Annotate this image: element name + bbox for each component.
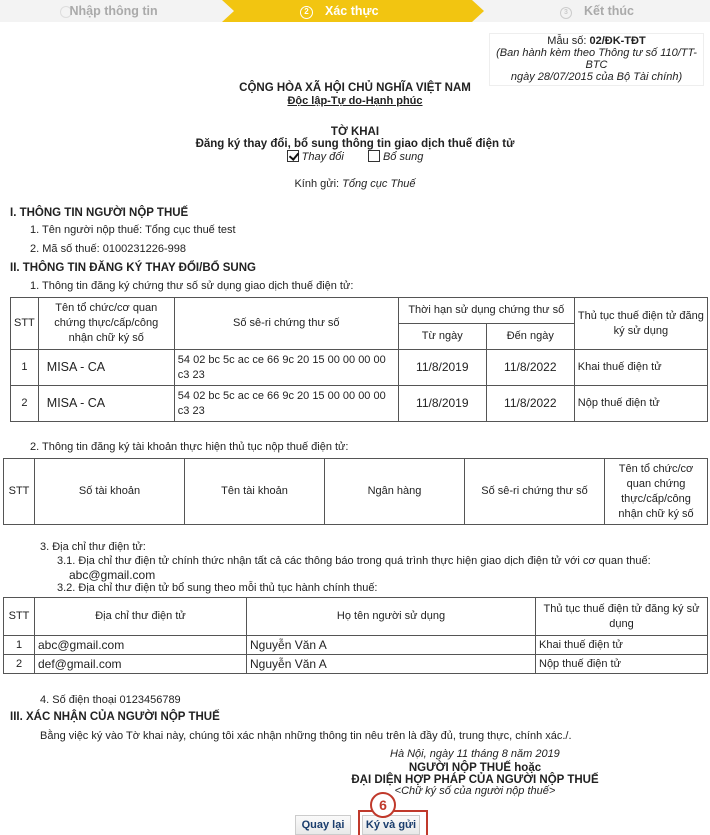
email-31-value: abc@gmail.com [69, 568, 155, 582]
cell-procedure: Khai thuế điện tử [536, 636, 708, 655]
bank-account-table: STT Số tài khoản Tên tài khoản Ngân hàng… [3, 458, 708, 525]
signer-title-1: NGƯỜI NỘP THUẾ hoặc [0, 762, 710, 774]
form-number-label: Mẫu số: [547, 35, 589, 47]
col-stt: STT [4, 598, 35, 636]
cell-email: def@gmail.com [35, 655, 247, 674]
form-number-code: 02/ĐK-TĐT [589, 35, 645, 47]
email-heading: 3. Địa chỉ thư điện tử: [40, 541, 146, 553]
form-subtitle: Đăng ký thay đổi, bổ sung thông tin giao… [0, 138, 710, 150]
country-heading: CỘNG HÒA XÃ HỘI CHỦ NGHĨA VIỆT NAM [0, 82, 710, 94]
certificate-table: STT Tên tổ chức/cơ quan chứng thực/cấp/c… [10, 297, 708, 422]
email-table: STT Địa chỉ thư điện tử Họ tên người sử … [3, 597, 708, 674]
cell-serial: 54 02 bc 5c ac ce 66 9c 20 15 00 00 00 0… [174, 386, 398, 422]
motto: Độc lập-Tự do-Hạnh phúc [0, 95, 710, 107]
email-32-label: 3.2. Địa chỉ thư điện tử bổ sung theo mỗ… [57, 582, 378, 594]
cell-to: 11/8/2022 [486, 386, 574, 422]
col-account-name: Tên tài khoản [185, 459, 325, 525]
cell-user-name: Nguyễn Văn A [247, 636, 536, 655]
step-2-number-icon: 2 [300, 6, 313, 19]
email-31-label: 3.1. Địa chỉ thư điện tử chính thức nhận… [57, 555, 651, 567]
col-from: Từ ngày [398, 324, 486, 350]
cell-stt: 1 [11, 350, 39, 386]
step-3: 3Kết thúc [560, 0, 634, 22]
section-2-title: II. THÔNG TIN ĐĂNG KÝ THAY ĐỔI/BỔ SUNG [10, 262, 256, 274]
cell-from: 11/8/2019 [398, 350, 486, 386]
confirmation-statement: Bằng việc ký vào Tờ khai này, chúng tôi … [40, 730, 572, 742]
signature-hint: <Chữ ký số của người nộp thuế> [0, 785, 710, 797]
account-heading: 2. Thông tin đăng ký tài khoản thực hiện… [30, 441, 348, 453]
tax-code: 2. Mã số thuế: 0100231226-998 [30, 243, 186, 255]
step-2-active: 2Xác thực [222, 0, 484, 22]
sign-date: Hà Nội, ngày 11 tháng 8 năm 2019 [390, 748, 560, 760]
cell-org: MISA - CA [38, 386, 174, 422]
col-email: Địa chỉ thư điện tử [35, 598, 247, 636]
cell-from: 11/8/2019 [398, 386, 486, 422]
checkbox-thay-doi[interactable] [287, 150, 299, 162]
cell-procedure: Nộp thuế điện tử [536, 655, 708, 674]
form-title: TỜ KHAI [0, 126, 710, 138]
cell-user-name: Nguyễn Văn A [247, 655, 536, 674]
cell-procedure: Nộp thuế điện tử [574, 386, 707, 422]
cert-heading: 1. Thông tin đăng ký chứng thư số sử dụn… [30, 280, 353, 292]
col-org: Tên tổ chức/cơ quan chứng thực/cấp/công … [38, 298, 174, 350]
col-user-name: Họ tên người sử dụng [247, 598, 536, 636]
cell-stt: 2 [4, 655, 35, 674]
back-button[interactable]: Quay lại [295, 815, 351, 835]
sign-and-submit-button[interactable]: Ký và gửi [362, 815, 420, 835]
cell-stt: 2 [11, 386, 39, 422]
step-progress-bar: Nhập thông tin 2Xác thực 3Kết thúc [0, 0, 710, 22]
table-row: 1 MISA - CA 54 02 bc 5c ac ce 66 9c 20 1… [11, 350, 708, 386]
col-account-number: Số tài khoản [35, 459, 185, 525]
cell-email: abc@gmail.com [35, 636, 247, 655]
cell-org: MISA - CA [38, 350, 174, 386]
taxpayer-name: 1. Tên người nộp thuế: Tổng cục thuế tes… [30, 224, 236, 236]
col-bank: Ngân hàng [325, 459, 465, 525]
col-serial: Số sê-ri chứng thư số [465, 459, 605, 525]
form-number-box: Mẫu số: 02/ĐK-TĐT (Ban hành kèm theo Thô… [489, 33, 704, 86]
option-bo-sung-label: Bổ sung [383, 151, 423, 163]
col-stt: STT [11, 298, 39, 350]
cell-stt: 1 [4, 636, 35, 655]
table-row: 2 MISA - CA 54 02 bc 5c ac ce 66 9c 20 1… [11, 386, 708, 422]
cell-serial: 54 02 bc 5c ac ce 66 9c 20 15 00 00 00 0… [174, 350, 398, 386]
col-to: Đến ngày [486, 324, 574, 350]
section-3-title: III. XÁC NHẬN CỦA NGƯỜI NỘP THUẾ [10, 711, 220, 723]
table-row: 2 def@gmail.com Nguyễn Văn A Nộp thuế đi… [4, 655, 708, 674]
form-number-note-1: (Ban hành kèm theo Thông tư số 110/TT-BT… [496, 47, 697, 71]
step-1: Nhập thông tin [60, 0, 158, 22]
col-serial: Số sê-ri chứng thư số [174, 298, 398, 350]
change-type-options: Thay đổi Bổ sung [0, 150, 710, 163]
step-3-label: Kết thúc [584, 4, 634, 18]
col-procedure: Thủ tục thuế điện tử đăng ký sử dụng [574, 298, 707, 350]
col-procedure: Thủ tục thuế điện tử đăng ký sử dụng [536, 598, 708, 636]
step-3-number-icon: 3 [560, 7, 572, 19]
section-1-title: I. THÔNG TIN NGƯỜI NỘP THUẾ [10, 207, 188, 219]
recipient-line: Kính gửi: Tổng cục Thuế [0, 178, 710, 190]
table-row: 1 abc@gmail.com Nguyễn Văn A Khai thuế đ… [4, 636, 708, 655]
option-thay-doi-label: Thay đổi [302, 151, 344, 163]
step-1-label: Nhập thông tin [69, 4, 157, 18]
col-stt: STT [4, 459, 35, 525]
col-org: Tên tổ chức/cơ quan chứng thực/cấp/công … [605, 459, 708, 525]
col-validity: Thời hạn sử dụng chứng thư số [398, 298, 574, 324]
cell-procedure: Khai thuế điện tử [574, 350, 707, 386]
checkbox-bo-sung[interactable] [368, 150, 380, 162]
step-2-label: Xác thực [325, 4, 379, 18]
recipient-value: Tổng cục Thuế [342, 178, 415, 190]
cell-to: 11/8/2022 [486, 350, 574, 386]
step-number-badge: 6 [370, 792, 396, 818]
recipient-label: Kính gửi: [294, 178, 342, 190]
phone-line: 4. Số điện thoại 0123456789 [40, 694, 181, 706]
